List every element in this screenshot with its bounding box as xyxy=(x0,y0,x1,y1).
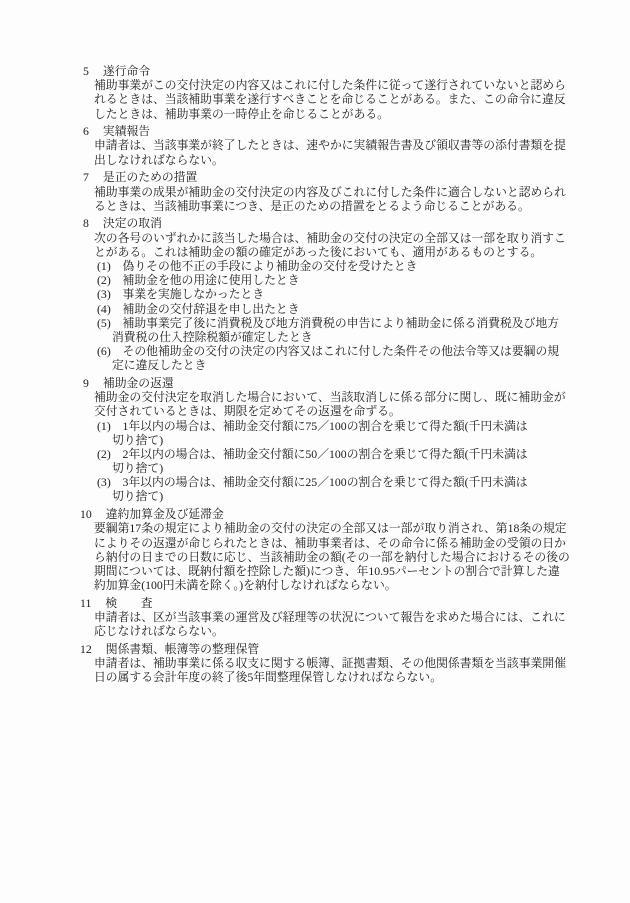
document-page: 5遂行命令 補助事業がこの交付決定の内容又はこれに付した条件に従って遂行されてい… xyxy=(0,0,630,903)
body-line: ら納付の日までの日数に応じ、当該補助金の額(その一部を納付した場合におけるその後… xyxy=(94,550,580,564)
body-line: 出しなければならない。 xyxy=(94,153,580,167)
section-5-number: 5 xyxy=(83,64,89,78)
section-11: 11検 査 申請者は、区が当該事業の運営及び経理等の状況について報告を求めた場合… xyxy=(80,596,580,639)
body-line: によりその返還が命じられたときは、補助事業者は、その命令に係る補助金の受領の日か xyxy=(94,536,580,550)
section-9-number: 9 xyxy=(83,376,89,390)
body-line: 交付されているときは、期限を定めてその返還を命ずる。 xyxy=(94,404,580,418)
list-item: (3) 事業を実施しなかったとき xyxy=(97,287,580,301)
section-7-title: 是正のための措置 xyxy=(103,170,197,184)
section-12-heading: 12関係書類、帳簿等の整理保管 xyxy=(80,642,580,656)
body-line: 補助金の交付決定を取消した場合において、当該取消しに係る部分に関し、既に補助金が xyxy=(94,390,580,404)
section-8-heading: 8決定の取消 xyxy=(83,216,580,230)
body-line: 補助事業の成果が補助金の交付決定の内容及びこれに付した条件に適合しないと認められ xyxy=(94,185,580,199)
body-line: 日の属する会計年度の終了後5年間整理保管しなければならない。 xyxy=(94,670,580,684)
list-item-continuation: 切り捨て) xyxy=(112,461,580,475)
list-item-continuation: 切り捨て) xyxy=(112,433,580,447)
section-5: 5遂行命令 補助事業がこの交付決定の内容又はこれに付した条件に従って遂行されてい… xyxy=(80,64,580,121)
body-line: 補助事業がこの交付決定の内容又はこれに付した条件に従って遂行されていないと認めら xyxy=(94,78,580,92)
section-9-heading: 9補助金の返還 xyxy=(83,376,580,390)
section-5-heading: 5遂行命令 xyxy=(83,64,580,78)
section-12-title: 関係書類、帳簿等の整理保管 xyxy=(106,642,259,656)
list-item: (2) 補助金を他の用途に使用したとき xyxy=(97,273,580,287)
section-6-heading: 6実績報告 xyxy=(83,124,580,138)
body-line: とがある。これは補助金の額の確定があった後においても、適用があるものとする。 xyxy=(94,245,580,259)
body-line: 申請者は、当該事業が終了したときは、速やかに実績報告書及び領収書等の添付書類を提 xyxy=(94,138,580,152)
list-item: (5) 補助事業完了後に消費税及び地方消費税の申告により補助金に係る消費税及び地… xyxy=(97,316,580,330)
body-line: 要綱第17条の規定により補助金の交付の決定の全部又は一部が取り消され、第18条の… xyxy=(94,521,580,535)
list-item-continuation: 切り捨て) xyxy=(112,489,580,503)
section-6-title: 実績報告 xyxy=(103,124,150,138)
body-line: したときは、補助事業の一時停止を命じることがある。 xyxy=(94,107,580,121)
body-line: 申請者は、補助事業に係る収支に関する帳簿、証拠書類、その他関係書類を当該事業開催 xyxy=(94,656,580,670)
body-line: れるときは、当該補助事業を遂行すべきことを命じることがある。また、この命令に違反 xyxy=(94,92,580,106)
section-5-title: 遂行命令 xyxy=(103,64,150,78)
section-7-heading: 7是正のための措置 xyxy=(83,170,580,184)
list-item: (4) 補助金の交付辞退を申し出たとき xyxy=(97,302,580,316)
section-11-number: 11 xyxy=(80,596,91,610)
section-7-number: 7 xyxy=(83,170,89,184)
body-line: 応じなければならない。 xyxy=(94,624,580,638)
section-11-title: 検 査 xyxy=(105,596,152,610)
list-item: (2) 2年以内の場合は、補助金交付額に50／100の割合を乗じて得た額(千円未… xyxy=(97,447,580,461)
section-8-number: 8 xyxy=(83,216,89,230)
list-item: (6) その他補助金の交付の決定の内容又はこれに付した条件その他法令等又は要綱の… xyxy=(97,344,580,358)
section-8-title: 決定の取消 xyxy=(103,216,162,230)
section-6: 6実績報告 申請者は、当該事業が終了したときは、速やかに実績報告書及び領収書等の… xyxy=(80,124,580,167)
list-item: (3) 3年以内の場合は、補助金交付額に25／100の割合を乗じて得た額(千円未… xyxy=(97,475,580,489)
section-9: 9補助金の返還 補助金の交付決定を取消した場合において、当該取消しに係る部分に関… xyxy=(80,376,580,504)
section-10-number: 10 xyxy=(80,507,92,521)
section-6-number: 6 xyxy=(83,124,89,138)
list-item-continuation: 定に違反したとき xyxy=(112,358,580,372)
section-10-heading: 10違約加算金及び延滞金 xyxy=(80,507,580,521)
body-line: 期間については、既納付額を控除した額)につき、年10.95パーセントの割合で計算… xyxy=(94,564,580,578)
section-7: 7是正のための措置 補助事業の成果が補助金の交付決定の内容及びこれに付した条件に… xyxy=(80,170,580,213)
list-item: (1) 偽りその他不正の手段により補助金の交付を受けたとき xyxy=(97,259,580,273)
section-12-number: 12 xyxy=(80,642,92,656)
section-8: 8決定の取消 次の各号のいずれかに該当した場合は、補助金の交付の決定の全部又は一… xyxy=(80,216,580,372)
section-10-title: 違約加算金及び延滞金 xyxy=(106,507,224,521)
body-line: 次の各号のいずれかに該当した場合は、補助金の交付の決定の全部又は一部を取り消すこ xyxy=(94,231,580,245)
section-11-heading: 11検 査 xyxy=(80,596,580,610)
body-line: 申請者は、区が当該事業の運営及び経理等の状況について報告を求めた場合には、これに xyxy=(94,610,580,624)
list-item-continuation: 消費税の仕入控除税額が確定したとき xyxy=(112,330,580,344)
section-10: 10違約加算金及び延滞金 要綱第17条の規定により補助金の交付の決定の全部又は一… xyxy=(80,507,580,592)
section-12: 12関係書類、帳簿等の整理保管 申請者は、補助事業に係る収支に関する帳簿、証拠書… xyxy=(80,642,580,685)
body-line: るときは、当該補助事業につき、是正のための措置をとるよう命じることがある。 xyxy=(94,199,580,213)
section-9-title: 補助金の返還 xyxy=(103,376,174,390)
list-item: (1) 1年以内の場合は、補助金交付額に75／100の割合を乗じて得た額(千円未… xyxy=(97,419,580,433)
body-line: 約加算金(100円未満を除く。)を納付しなければならない。 xyxy=(94,578,580,592)
